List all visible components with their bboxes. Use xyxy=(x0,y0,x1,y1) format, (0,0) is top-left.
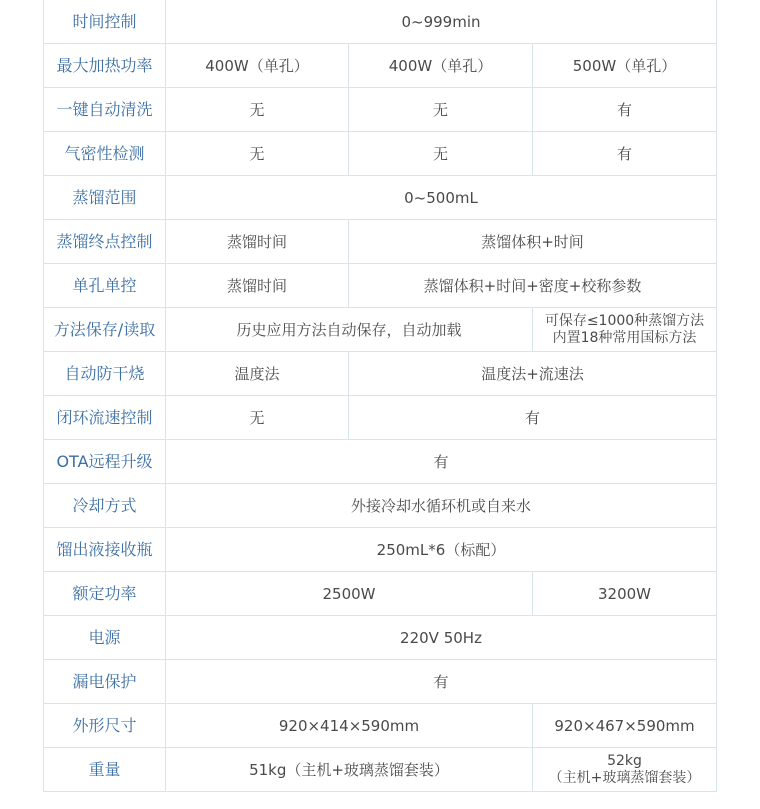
row-label: 蒸馏范围 xyxy=(44,176,166,220)
row-label: 蒸馏终点控制 xyxy=(44,220,166,264)
cell-value: 250mL*6（标配） xyxy=(166,528,717,572)
cell-value: 有 xyxy=(166,660,717,704)
table-row-cooling-method: 冷却方式 外接冷却水循环机或自来水 xyxy=(44,484,717,528)
row-label: 时间控制 xyxy=(44,0,166,44)
table-row-auto-clean: 一键自动清洗 无 无 有 xyxy=(44,88,717,132)
cell-line-2: （主机+玻璃蒸馏套装） xyxy=(533,770,716,787)
cell-value: 有 xyxy=(349,396,717,440)
cell-value: 无 xyxy=(166,88,349,132)
cell-value: 920×467×590mm xyxy=(533,704,717,748)
table-row-leakage-protection: 漏电保护 有 xyxy=(44,660,717,704)
row-label: 单孔单控 xyxy=(44,264,166,308)
row-label: 漏电保护 xyxy=(44,660,166,704)
cell-value-multiline: 可保存≤1000种蒸馏方法 内置18种常用国标方法 xyxy=(533,308,717,352)
table-row-single-hole-control: 单孔单控 蒸馏时间 蒸馏体积+时间+密度+校称参数 xyxy=(44,264,717,308)
table-row-dimensions: 外形尺寸 920×414×590mm 920×467×590mm xyxy=(44,704,717,748)
row-label: 冷却方式 xyxy=(44,484,166,528)
cell-value: 51kg（主机+玻璃蒸馏套装） xyxy=(166,748,533,792)
table-row-power-supply: 电源 220V 50Hz xyxy=(44,616,717,660)
cell-value: 历史应用方法自动保存，自动加载 xyxy=(166,308,533,352)
cell-value: 400W（单孔） xyxy=(166,44,349,88)
cell-value: 有 xyxy=(533,88,717,132)
cell-line-2: 内置18种常用国标方法 xyxy=(533,330,716,347)
cell-value: 温度法 xyxy=(166,352,349,396)
row-label: 额定功率 xyxy=(44,572,166,616)
row-label: 自动防干烧 xyxy=(44,352,166,396)
cell-value: 无 xyxy=(166,396,349,440)
row-label: 电源 xyxy=(44,616,166,660)
cell-value: 蒸馏体积+时间+密度+校称参数 xyxy=(349,264,717,308)
cell-value: 2500W xyxy=(166,572,533,616)
cell-value: 外接冷却水循环机或自来水 xyxy=(166,484,717,528)
cell-value: 400W（单孔） xyxy=(349,44,533,88)
table-row-method-save: 方法保存/读取 历史应用方法自动保存，自动加载 可保存≤1000种蒸馏方法 内置… xyxy=(44,308,717,352)
table-row-ota-upgrade: OTA远程升级 有 xyxy=(44,440,717,484)
row-label: 最大加热功率 xyxy=(44,44,166,88)
cell-value: 蒸馏时间 xyxy=(166,220,349,264)
row-label: 方法保存/读取 xyxy=(44,308,166,352)
table-row-time-control: 时间控制 0~999min xyxy=(44,0,717,44)
cell-value: 920×414×590mm xyxy=(166,704,533,748)
cell-value: 0~500mL xyxy=(166,176,717,220)
table-row-distill-range: 蒸馏范围 0~500mL xyxy=(44,176,717,220)
table-row-dry-burn-protection: 自动防干烧 温度法 温度法+流速法 xyxy=(44,352,717,396)
spec-table: 时间控制 0~999min 最大加热功率 400W（单孔） 400W（单孔） 5… xyxy=(43,0,717,792)
table-row-max-heating-power: 最大加热功率 400W（单孔） 400W（单孔） 500W（单孔） xyxy=(44,44,717,88)
cell-value: 温度法+流速法 xyxy=(349,352,717,396)
row-label: 馏出液接收瓶 xyxy=(44,528,166,572)
table-row-rated-power: 额定功率 2500W 3200W xyxy=(44,572,717,616)
cell-value: 有 xyxy=(533,132,717,176)
cell-value: 500W（单孔） xyxy=(533,44,717,88)
cell-value: 无 xyxy=(349,88,533,132)
row-label: 气密性检测 xyxy=(44,132,166,176)
cell-value: 220V 50Hz xyxy=(166,616,717,660)
cell-value: 0~999min xyxy=(166,0,717,44)
row-label: OTA远程升级 xyxy=(44,440,166,484)
cell-value: 蒸馏时间 xyxy=(166,264,349,308)
table-row-receiver-bottle: 馏出液接收瓶 250mL*6（标配） xyxy=(44,528,717,572)
cell-line-1: 可保存≤1000种蒸馏方法 xyxy=(533,313,716,330)
row-label: 重量 xyxy=(44,748,166,792)
cell-value: 无 xyxy=(349,132,533,176)
cell-value: 无 xyxy=(166,132,349,176)
cell-line-1: 52kg xyxy=(533,753,716,770)
table-row-weight: 重量 51kg（主机+玻璃蒸馏套装） 52kg （主机+玻璃蒸馏套装） xyxy=(44,748,717,792)
row-label: 闭环流速控制 xyxy=(44,396,166,440)
table-row-airtight-test: 气密性检测 无 无 有 xyxy=(44,132,717,176)
cell-value: 3200W xyxy=(533,572,717,616)
cell-value-multiline: 52kg （主机+玻璃蒸馏套装） xyxy=(533,748,717,792)
row-label: 一键自动清洗 xyxy=(44,88,166,132)
cell-value: 有 xyxy=(166,440,717,484)
table-row-endpoint-control: 蒸馏终点控制 蒸馏时间 蒸馏体积+时间 xyxy=(44,220,717,264)
table-row-flow-control: 闭环流速控制 无 有 xyxy=(44,396,717,440)
row-label: 外形尺寸 xyxy=(44,704,166,748)
cell-value: 蒸馏体积+时间 xyxy=(349,220,717,264)
